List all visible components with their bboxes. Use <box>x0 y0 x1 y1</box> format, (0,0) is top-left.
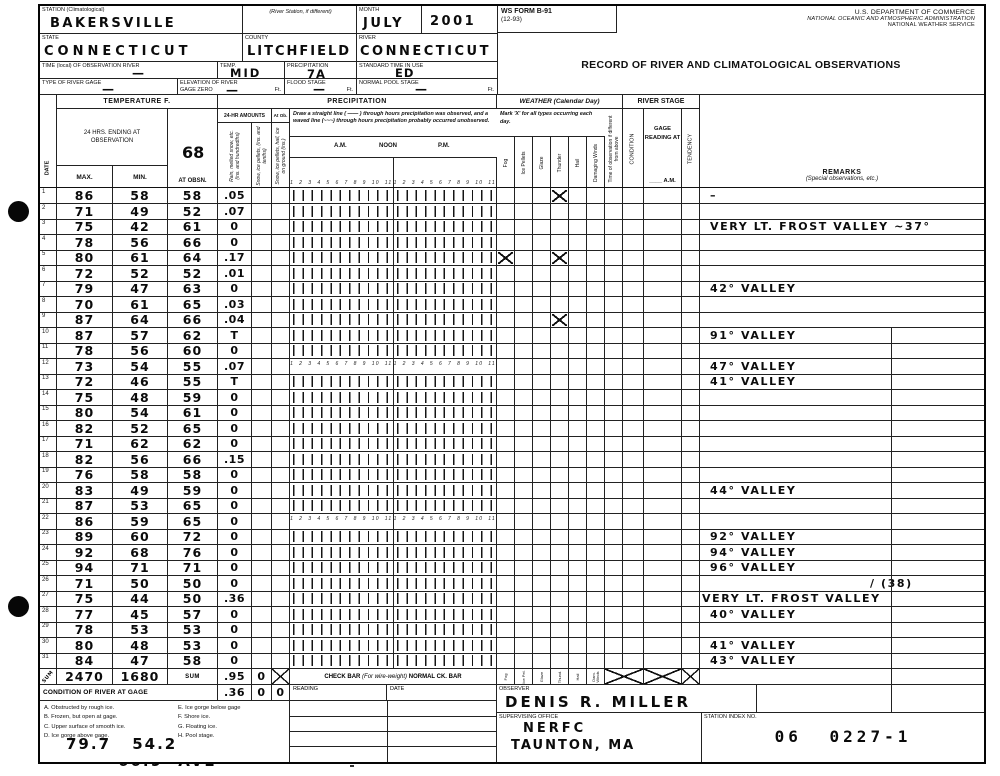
weather-glaze-cell <box>533 452 551 468</box>
snow-ground-cell <box>272 514 290 530</box>
time-diff-cell <box>605 498 623 514</box>
snow-amount-cell <box>252 328 272 344</box>
obs-temp-cell: 65 <box>168 421 218 437</box>
precip-pm-hours <box>394 405 498 421</box>
max-column-header: MAX. <box>57 166 113 188</box>
station-index-field: STATION INDEX NO. 06 0227-1 <box>702 713 984 762</box>
precip-pm-hours <box>394 607 498 623</box>
tendency-cell <box>682 390 700 406</box>
snow-amount-cell <box>252 266 272 282</box>
snow-ground-cell <box>272 560 290 576</box>
weather-fog-cell <box>497 514 515 530</box>
weather-thunder-cell <box>551 297 569 313</box>
tendency-cell <box>682 498 700 514</box>
weather-glaze-cell <box>533 607 551 623</box>
table-row: 37542610VERY LT. FROST VALLEY ~37° <box>40 219 984 235</box>
scan-speck <box>350 765 354 767</box>
weather-ice-pellets-cell <box>515 514 533 530</box>
precip-pm-hours <box>394 545 498 561</box>
weather-thunder-cell <box>551 343 569 359</box>
weather-fog-cell <box>497 545 515 561</box>
gage-reading-cell <box>644 219 682 235</box>
weather-glaze-cell <box>533 343 551 359</box>
snow-sum-cell: 0 <box>252 669 272 685</box>
weather-thunder-cell <box>551 483 569 499</box>
table-row: 20834959044° VALLEY <box>40 483 984 499</box>
precip-amount-cell: 0 <box>218 421 252 437</box>
condition-cell <box>623 390 644 406</box>
weather-fog-cell <box>497 266 515 282</box>
date-cell: 10 <box>40 328 57 344</box>
weather-thunder-cell <box>551 498 569 514</box>
weather-instructions-text: Mark 'X' for all types occurring each da… <box>497 109 605 126</box>
max-temp-cell: 76 <box>57 467 113 483</box>
remarks-header-label: REMARKS <box>823 169 862 176</box>
condition-cell <box>623 638 644 654</box>
time-diff-cell <box>605 281 623 297</box>
weather-hail-cell <box>569 281 587 297</box>
gage-reading-cell <box>644 498 682 514</box>
obs-temp-cell: 66 <box>168 235 218 251</box>
obs-temp-cell: 72 <box>168 529 218 545</box>
snow-ground-cell <box>272 622 290 638</box>
tendency-cell <box>682 560 700 576</box>
weather-fog-cell <box>497 560 515 576</box>
remarks-header-sublabel: (Special observations, etc.) <box>806 176 878 182</box>
remarks-inner-divider <box>891 328 892 713</box>
snow-ground-cell <box>272 436 290 452</box>
min-temp-cell: 53 <box>113 622 168 638</box>
table-row: 27754450.36VERY LT. FROST VALLEY <box>40 591 984 607</box>
precip-amount-cell: .07 <box>218 359 252 375</box>
condition-column-header: CONDITION <box>623 109 644 188</box>
time-diff-cell <box>605 436 623 452</box>
precip-amount-cell: 0 <box>218 514 252 530</box>
weather-ice-pellets-cell <box>515 312 533 328</box>
x-mark <box>682 669 699 684</box>
snow-amount-cell <box>252 312 272 328</box>
weather-damaging-winds-cell <box>587 498 605 514</box>
weather-fog-cell <box>497 374 515 390</box>
min-temp-cell: 42 <box>113 219 168 235</box>
precip-pm-hours <box>394 421 498 437</box>
snow-amount-cell <box>252 421 272 437</box>
condition-cell <box>623 374 644 390</box>
snow-ground-cell <box>272 235 290 251</box>
empty-box <box>757 685 984 713</box>
gage-reading-cell <box>644 622 682 638</box>
max-temp-cell: 78 <box>57 343 113 359</box>
gage-reading-cell <box>644 312 682 328</box>
snow-amount-cell <box>252 436 272 452</box>
tendency-cell <box>682 405 700 421</box>
x-mark <box>605 669 643 684</box>
gage-reading-cell <box>644 483 682 499</box>
time-diff-cell <box>605 607 623 623</box>
weather-damaging-winds-cell <box>587 405 605 421</box>
weather-damaging-winds-cell <box>587 343 605 359</box>
snow-ground-cell <box>272 638 290 654</box>
weather-damaging-winds-cell <box>587 359 605 375</box>
weather-hail-cell <box>569 545 587 561</box>
weather-glaze-cell <box>533 250 551 266</box>
time-diff-cell <box>605 359 623 375</box>
snow-amount-cell <box>252 281 272 297</box>
snow-ground-cell <box>272 390 290 406</box>
snow-amount-cell <box>252 529 272 545</box>
gage-type-field: TYPE OF RIVER GAGE — <box>40 79 178 95</box>
snow-ground-cell <box>272 204 290 220</box>
precip-instructions: Draw a straight line ( —— ) through hour… <box>290 109 497 137</box>
snow-ground-cell <box>272 266 290 282</box>
weather-ice-pellets-cell <box>515 452 533 468</box>
tendency-cell <box>682 343 700 359</box>
time-diff-cell <box>605 405 623 421</box>
precip-am-hours <box>290 235 394 251</box>
precip-am-hours <box>290 312 394 328</box>
precipitation-header: PRECIPITATION <box>218 95 497 109</box>
precip-am-hours: 1 2 3 4 5 6 7 8 9 10 11 <box>290 514 394 530</box>
snow-amount-cell <box>252 498 272 514</box>
condition-cell <box>623 281 644 297</box>
obs-temp-cell: 50 <box>168 591 218 607</box>
precip-pm-hours <box>394 436 498 452</box>
remarks-cell <box>700 266 984 282</box>
condition-cell <box>623 405 644 421</box>
gage-reading-cell <box>644 436 682 452</box>
max-temp-cell: 87 <box>57 498 113 514</box>
gage-reading-column-header: GAGE READING AT ____ A.M. <box>644 109 682 188</box>
max-temp-cell: 75 <box>57 390 113 406</box>
weather-thunder-cell <box>551 359 569 375</box>
weather-hail-cell <box>569 622 587 638</box>
min-temp-cell: 56 <box>113 452 168 468</box>
remarks-cell <box>700 297 984 313</box>
fog-column-label: Fog <box>503 139 509 187</box>
year-field: 2001 <box>422 6 497 34</box>
precip-amount-cell: .07 <box>218 204 252 220</box>
remarks-cell <box>700 312 984 328</box>
weather-damaging-winds-cell <box>587 266 605 282</box>
form-number: WS FORM B-91 <box>498 6 616 15</box>
form-title: RECORD OF RIVER AND CLIMATOLOGICAL OBSER… <box>498 59 984 71</box>
standard-time-value: ED <box>395 66 414 80</box>
table-row: 28774557040° VALLEY <box>40 607 984 623</box>
tendency-cell <box>682 235 700 251</box>
reading-column-label: READING <box>290 685 387 701</box>
weather-damaging-winds-cell <box>587 297 605 313</box>
weather-ice-pellets-cell <box>515 421 533 437</box>
snow-amount-cell <box>252 188 272 204</box>
gage-reading-cell <box>644 328 682 344</box>
table-row: 12735455.071 2 3 4 5 6 7 8 9 10 111 2 3 … <box>40 359 984 375</box>
am-label: A.M. <box>334 143 347 149</box>
observation-rows: 1865858.05–2714952.0737542610VERY LT. FR… <box>40 188 984 669</box>
legend-item: C. Upper surface of smooth ice. <box>44 723 178 732</box>
station-label: STATION (Climatological) <box>40 6 242 14</box>
condition-cell <box>623 188 644 204</box>
gage-reading-cell <box>644 266 682 282</box>
weather-glaze-cell <box>533 328 551 344</box>
weather-fog-cell <box>497 436 515 452</box>
obs-temp-cell: 66 <box>168 312 218 328</box>
normal-pool-ft-label: Ft. <box>488 87 494 93</box>
rain-column-header: Rain, melted snow, etc. (ins. and hundre… <box>218 123 252 188</box>
precip-sum-cell: .95 <box>218 669 252 685</box>
elevation-ft-label: Ft. <box>275 87 281 93</box>
weather-damaging-winds-cell <box>587 638 605 654</box>
obs-temp-cell: 62 <box>168 436 218 452</box>
snow-ground-cell <box>272 359 290 375</box>
weather-thunder-cell <box>551 219 569 235</box>
min-temp-cell: 47 <box>113 653 168 669</box>
gage-reading-cell <box>644 343 682 359</box>
obs-temp-cell: 64 <box>168 250 218 266</box>
remarks-cell <box>700 235 984 251</box>
min-temp-cell: 61 <box>113 250 168 266</box>
weather-ice-pellets-cell <box>515 545 533 561</box>
table-row: 23896072092° VALLEY <box>40 529 984 545</box>
weather-damaging-winds-cell <box>587 467 605 483</box>
weather-hail-cell <box>569 266 587 282</box>
precip-amount-cell: 0 <box>218 545 252 561</box>
time-diff-cell <box>605 343 623 359</box>
weather-fog-cell <box>497 312 515 328</box>
weather-damaging-winds-cell <box>587 374 605 390</box>
remarks-cell: VERY LT. FROST VALLEY <box>700 591 984 607</box>
time-diff-cell <box>605 421 623 437</box>
date-cell: 31 <box>40 653 57 669</box>
date-cell: 23 <box>40 529 57 545</box>
obs-temp-cell: 65 <box>168 514 218 530</box>
snow-column-label: Snow, ice pellets, (ins. and tenths) <box>256 126 268 186</box>
weather-ice-pellets-cell <box>515 266 533 282</box>
weather-hail-cell <box>569 529 587 545</box>
min-temp-cell: 57 <box>113 328 168 344</box>
precip-am-hours <box>290 638 394 654</box>
observer-label: OBSERVER <box>497 685 756 693</box>
weather-thunder-cell <box>551 266 569 282</box>
gage-reading-cell <box>644 576 682 592</box>
min-temp-cell: 64 <box>113 312 168 328</box>
precip-amount-cell: T <box>218 328 252 344</box>
max-temp-cell: 87 <box>57 312 113 328</box>
weather-damaging-winds-cell <box>587 560 605 576</box>
sum-diagonal-label: SUM <box>41 669 55 684</box>
gage-reading-cell <box>644 297 682 313</box>
precip-am-hours <box>290 188 394 204</box>
obs-temp-cell: 58 <box>168 653 218 669</box>
date-cell: 20 <box>40 483 57 499</box>
weather-glaze-cell <box>533 591 551 607</box>
table-row: 267150500/ (38) <box>40 576 984 592</box>
precip-am-hours <box>290 328 394 344</box>
obs-temp-cell: 71 <box>168 560 218 576</box>
weather-hail-cell <box>569 576 587 592</box>
gage-reading-cell <box>644 235 682 251</box>
standard-time-field: STANDARD TIME IN USE ED <box>357 62 497 79</box>
precip-pm-hours <box>394 498 498 514</box>
weather-fog-cell <box>497 498 515 514</box>
weather-ice-pellets-cell <box>515 235 533 251</box>
precipitation-header-label: PRECIPITATION <box>327 98 387 105</box>
remarks-cell: 96° VALLEY <box>700 560 984 576</box>
min-temp-cell: 49 <box>113 483 168 499</box>
date-cell: 13 <box>40 374 57 390</box>
weather-fog-cell <box>497 328 515 344</box>
tendency-cell <box>682 374 700 390</box>
gage-reading-cell <box>644 374 682 390</box>
weather-glaze-cell <box>533 312 551 328</box>
time-observation-field: TIME (local) OF OBSERVATION RIVER — <box>40 62 218 79</box>
obs-temp-cell: 58 <box>168 188 218 204</box>
condition-cell <box>623 204 644 220</box>
precip-am-hours <box>290 436 394 452</box>
weather-ice-pellets-cell <box>515 622 533 638</box>
table-row: 25947171096° VALLEY <box>40 560 984 576</box>
table-row: 1865858.05– <box>40 188 984 204</box>
min-temp-cell: 53 <box>113 498 168 514</box>
precip-pm-hours: 1 2 3 4 5 6 7 8 9 10 11 <box>394 359 498 375</box>
x-mark <box>552 314 567 326</box>
snow-ground-cell <box>272 421 290 437</box>
sum-printed-label: SUM <box>185 674 200 680</box>
table-row: 197658580 <box>40 467 984 483</box>
damaging-winds-column-header: Damaging Winds <box>587 137 605 188</box>
remarks-cell: 42° VALLEY <box>700 281 984 297</box>
time-diff-cell <box>605 483 623 499</box>
remarks-cell: VERY LT. FROST VALLEY ~37° <box>700 219 984 235</box>
station-index-label: STATION INDEX NO. <box>702 713 984 721</box>
remarks-cell: – <box>700 188 984 204</box>
precip-amount-cell: 0 <box>218 281 252 297</box>
remarks-cell: 44° VALLEY <box>700 483 984 499</box>
max-temp-cell: 77 <box>57 607 113 623</box>
min-temp-cell: 56 <box>113 235 168 251</box>
obs-temp-cell: 52 <box>168 204 218 220</box>
weather-glaze-cell <box>533 359 551 375</box>
max-temp-cell: 78 <box>57 622 113 638</box>
weather-damaging-winds-cell <box>587 390 605 406</box>
mini-damaging-winds-cell: Dam. Winds <box>587 669 605 685</box>
weather-hail-cell <box>569 188 587 204</box>
weather-damaging-winds-cell <box>587 312 605 328</box>
weather-ice-pellets-cell <box>515 638 533 654</box>
precip-am-hours <box>290 607 394 623</box>
obs-temp-cell: 65 <box>168 498 218 514</box>
county-field: COUNTY LITCHFIELD <box>243 34 357 62</box>
remarks-cell <box>700 452 984 468</box>
weather-hail-cell <box>569 312 587 328</box>
weather-glaze-cell <box>533 266 551 282</box>
precip-pm-hours <box>394 235 498 251</box>
weather-hail-cell <box>569 343 587 359</box>
table-row: 30804853041° VALLEY <box>40 638 984 654</box>
max-header-label: MAX. <box>76 174 92 181</box>
weather-glaze-cell <box>533 576 551 592</box>
table-row: 7794763042° VALLEY <box>40 281 984 297</box>
max-temp-cell: 75 <box>57 591 113 607</box>
min-temp-cell: 48 <box>113 390 168 406</box>
max-temp-cell: 80 <box>57 638 113 654</box>
precip-am-hours <box>290 498 394 514</box>
weather-glaze-cell <box>533 374 551 390</box>
remarks-cell: 43° VALLEY <box>700 653 984 669</box>
date-cell: 4 <box>40 235 57 251</box>
weather-glaze-cell <box>533 436 551 452</box>
max-temp-cell: 70 <box>57 297 113 313</box>
weather-glaze-cell <box>533 204 551 220</box>
snow-amount-cell <box>252 607 272 623</box>
temp-time-value: MID <box>230 66 261 80</box>
precip-amount-cell: .04 <box>218 312 252 328</box>
precip-am-hours <box>290 266 394 282</box>
weather-damaging-winds-cell <box>587 281 605 297</box>
table-row: 31844758043° VALLEY <box>40 653 984 669</box>
snow-amount-cell <box>252 204 272 220</box>
month-field: MONTH JULY <box>357 6 422 34</box>
precip-amount-cell: 0 <box>218 467 252 483</box>
weather-thunder-cell <box>551 653 569 669</box>
weather-hail-cell <box>569 390 587 406</box>
tendency-cell <box>682 653 700 669</box>
condition-cell <box>623 328 644 344</box>
condition-snow-cell: 0 <box>252 685 272 701</box>
max-temp-cell: 73 <box>57 359 113 375</box>
snow-amount-cell <box>252 576 272 592</box>
weather-fog-cell <box>497 529 515 545</box>
obs-temp-cell: 59 <box>168 483 218 499</box>
weather-fog-cell <box>497 204 515 220</box>
snow-ground-cell <box>272 405 290 421</box>
precip-pm-hours <box>394 653 498 669</box>
weather-header: WEATHER (Calendar Day) <box>497 95 623 109</box>
average-temps-handwritten: 79.7 54.2 <box>66 735 177 753</box>
condition-cell <box>623 653 644 669</box>
max-temp-cell: 86 <box>57 514 113 530</box>
time-diff-cell <box>605 452 623 468</box>
tendency-cell <box>682 467 700 483</box>
date-cell: 2 <box>40 204 57 220</box>
weather-glaze-cell <box>533 405 551 421</box>
condition-cell <box>623 576 644 592</box>
date-cell: 3 <box>40 219 57 235</box>
min-temp-cell: 59 <box>113 514 168 530</box>
max-temp-cell: 71 <box>57 204 113 220</box>
remarks-cell <box>700 514 984 530</box>
dept-line1: U.S. DEPARTMENT OF COMMERCE <box>807 9 975 16</box>
tendency-cell <box>682 436 700 452</box>
precip-am-hours <box>290 281 394 297</box>
time-diff-cell <box>605 374 623 390</box>
weather-hail-cell <box>569 638 587 654</box>
thunder-column-header: Thunder <box>551 137 569 188</box>
snow-amount-cell <box>252 483 272 499</box>
tendency-cell <box>682 514 700 530</box>
precip-am-hours <box>290 452 394 468</box>
precip-amount-cell: 0 <box>218 436 252 452</box>
table-row: 9876466.04 <box>40 312 984 328</box>
condition-cell <box>623 452 644 468</box>
am-hours-scale: 1 2 3 4 5 6 7 8 9 10 11 <box>290 158 394 188</box>
snow-amount-cell <box>252 405 272 421</box>
remarks-cell <box>700 421 984 437</box>
weather-hail-cell <box>569 483 587 499</box>
min-temp-cell: 58 <box>113 188 168 204</box>
snow-amount-cell <box>252 297 272 313</box>
weather-fog-cell <box>497 421 515 437</box>
condition-cell <box>623 622 644 638</box>
